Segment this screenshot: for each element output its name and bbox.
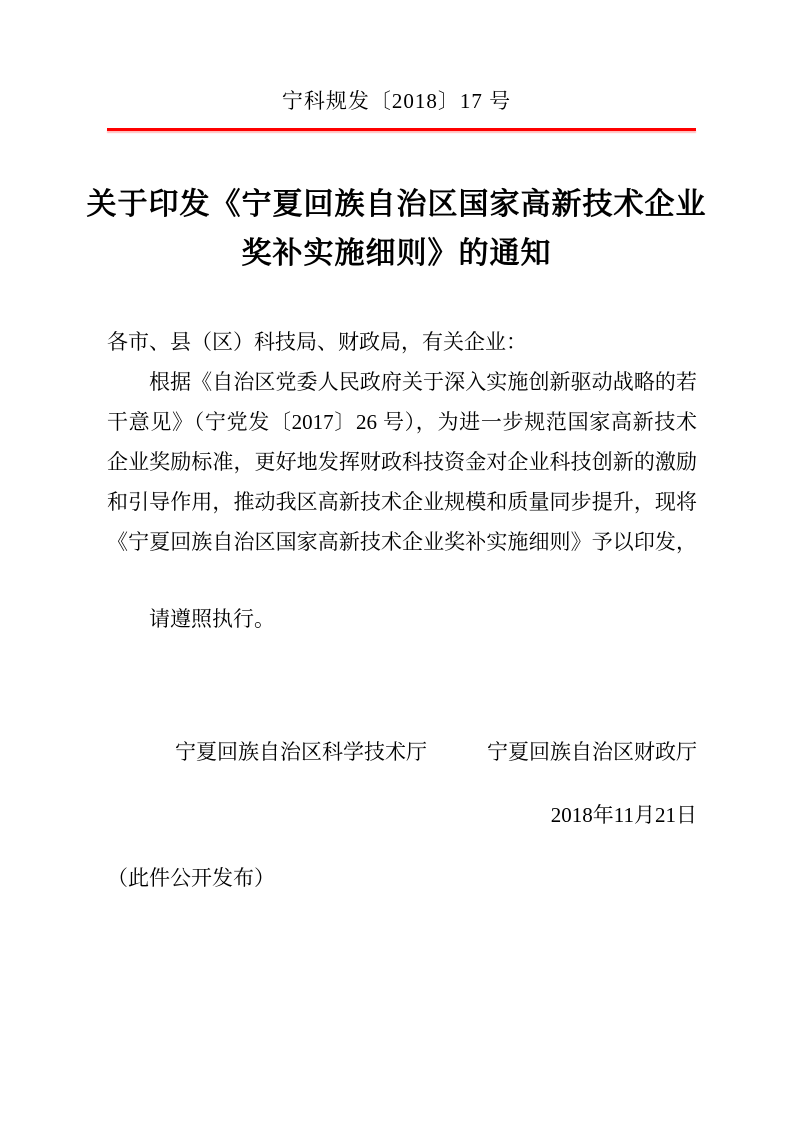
- body-text: 各市、县（区）科技局、财政局，有关企业： 根据《自治区党委人民政府关于深入实施创…: [107, 322, 697, 639]
- document-page: 宁科规发〔2018〕17 号 关于印发《宁夏回族自治区国家高新技术企业 奖补实施…: [0, 0, 793, 1122]
- document-date: 2018年11月21日: [107, 795, 697, 835]
- paragraph-line: 《宁夏回族自治区国家高新技术企业奖补实施细则》予以印发，: [107, 522, 697, 562]
- signature-science-tech-department: 宁夏回族自治区科学技术厅: [107, 732, 427, 772]
- red-divider-line: [107, 128, 696, 131]
- closing-line: 请遵照执行。: [107, 599, 697, 639]
- doc-number: 宁科规发〔2018〕17 号: [0, 86, 793, 116]
- signature-finance-department: 宁夏回族自治区财政厅: [487, 732, 697, 772]
- page-title-line-2: 奖补实施细则》的通知: [60, 229, 733, 278]
- salutation-line: 各市、县（区）科技局、财政局，有关企业：: [107, 322, 697, 362]
- paragraph-line: 企业奖励标准，更好地发挥财政科技资金对企业科技创新的激励: [107, 442, 697, 482]
- page-title: 关于印发《宁夏回族自治区国家高新技术企业 奖补实施细则》的通知: [60, 180, 733, 278]
- public-release-note: （此件公开发布）: [107, 858, 275, 898]
- paragraph-line: 根据《自治区党委人民政府关于深入实施创新驱动战略的若: [107, 362, 697, 402]
- signature-row: 宁夏回族自治区科学技术厅 宁夏回族自治区财政厅: [107, 732, 697, 772]
- page-title-line-1: 关于印发《宁夏回族自治区国家高新技术企业: [60, 180, 733, 229]
- paragraph-line: 干意见》（宁党发〔2017〕26 号），为进一步规范国家高新技术: [107, 402, 697, 442]
- paragraph-line: 和引导作用，推动我区高新技术企业规模和质量同步提升，现将: [107, 482, 697, 522]
